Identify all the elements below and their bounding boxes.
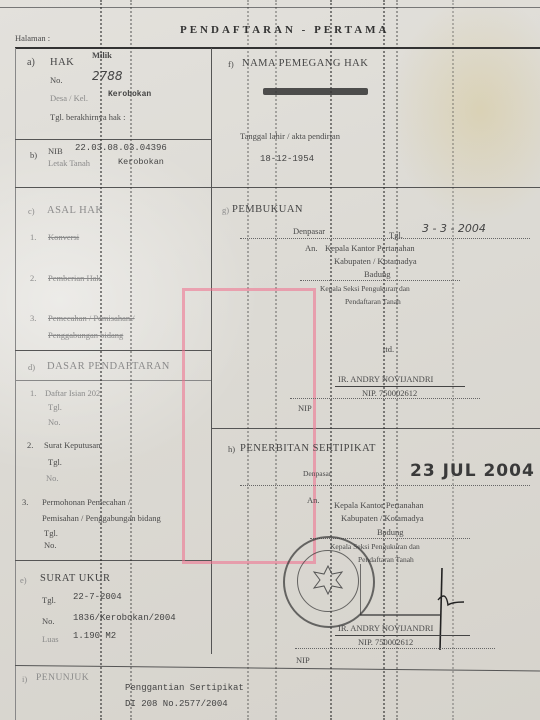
su-no-label: No. [42,616,55,626]
section-i-label: i) [22,674,27,684]
section-f-heading: NAMA PEMEGANG HAK [242,58,368,69]
penerbitan-office-line3: Badung [377,527,403,537]
section-h-heading: PENERBITAN SERTIPIKAT [240,443,376,454]
su-tgl-value: 22-7-2004 [73,592,122,602]
pembukuan-date-line [240,238,530,239]
section-g-heading: PEMBUKUAN [232,204,303,215]
dasar-item-2-no: No. [46,473,59,483]
table-left-border [15,48,16,720]
pembukuan-office-line [300,280,460,281]
dasar-item-3-num: 3. [22,497,28,507]
penerbitan-office-line1: Kepala Kantor Pertanahan [334,500,424,510]
dasar-item-1-text: Daftar Isian 202 [45,388,100,398]
desa-value: Kerobokan [108,90,151,99]
dasar-item-3-text2: Pemisahan / Penggabungan bidang [42,513,161,523]
nib-value: 22.03.08.03.04396 [75,143,167,153]
tgl-lahir-label: Tanggal lahir / akta pendirian [240,131,340,141]
dasar-item-3-no: No. [44,540,57,550]
asal-item-1-num: 1. [30,232,36,242]
no-label: No. [50,75,63,85]
penerbitan-office-line2: Kabupaten / Kotamadya [341,513,424,523]
divider-a-b [15,139,211,140]
dasar-item-1-no: No. [48,417,61,427]
pembukuan-official-name: IR. ANDRY NOVIJANDRI [338,374,433,384]
document-title: PENDAFTARAN - PERTAMA [180,24,389,36]
dasar-item-2-num: 2. [27,440,33,450]
letak-value: Kerobokan [118,157,164,167]
dasar-item-3-tgl: Tgl. [44,528,58,538]
section-d-heading: DASAR PENDAFTARAN [47,361,170,372]
top-rule [0,7,540,8]
no-value: 2788 [92,69,123,83]
section-a-heading: HAK [50,57,74,68]
section-b-label: b) [30,150,37,160]
desa-label: Desa / Kel. [50,93,88,103]
section-d-label: d) [28,362,35,372]
copy-streak [100,0,104,720]
section-c-heading: ASAL HAK [47,205,103,216]
su-luas-label: Luas [42,634,59,644]
dasar-item-3-text: Permohonan Pemecahan / [42,497,130,507]
page-label: Halaman : [15,33,50,43]
penunjuk-line2: DI 208 No.2577/2004 [125,699,228,709]
penerbitan-date-line [240,485,530,486]
dasar-item-1-tgl: Tgl. [48,402,62,412]
asal-item-2-text: Pemberian Hak [48,273,101,283]
pembukuan-office-line1: Kepala Kantor Pertanahan [325,243,415,253]
pembukuan-place: Denpasar [293,226,325,236]
dasar-item-1-num: 1. [30,388,36,398]
pembukuan-tgl-value: 3 - 3 - 2004 [422,222,486,235]
penerbitan-official-nip: NIP. 750002612 [358,637,413,647]
penunjuk-line1: Penggantian Sertipikat [125,683,244,693]
section-c-label: c) [28,206,35,216]
tgl-lahir-value: 18-12-1954 [260,154,314,164]
pembukuan-nip-line [290,398,480,399]
su-no-value: 1836/Kerobokan/2004 [73,613,176,623]
section-a-label: a) [27,57,35,68]
su-tgl-label: Tgl. [42,595,56,605]
pembukuan-nip-label: NIP [298,403,312,413]
dasar-item-2-tgl: Tgl. [48,457,62,467]
penerbitan-nip-label: NIP [296,655,310,665]
garuda-emblem-icon [308,560,348,600]
letak-label: Letak Tanah [48,158,90,168]
pembukuan-office-line2: Kabupaten / Kotamadya [334,256,417,266]
section-e-heading: SURAT UKUR [40,573,110,584]
pembukuan-ttd: ttd. [383,344,394,354]
pembukuan-office-line3: Badung [364,269,390,279]
asal-item-3-text: Pemecahan / Pemisahan / [48,313,135,323]
document-page: Halaman : PENDAFTARAN - PERTAMA a) HAK M… [0,0,540,720]
section-g-label: g) [222,205,229,215]
penerbitan-date-stamp: 23 JUL 2004 [410,461,535,481]
pembukuan-section-line1: Kepala Seksi Pengukuran dan [320,284,410,293]
penerbitan-an-prefix: An. [307,495,320,505]
holder-name-redacted [263,88,368,95]
nib-label: NIB [48,146,63,156]
penerbitan-place: Denpasar [303,469,331,478]
asal-item-1-text: Konversi [48,232,79,242]
section-f-label: f) [228,59,234,69]
asal-item-3-num: 3. [30,313,36,323]
pembukuan-section-line2: Pendaftaran Tanah [345,297,401,306]
dasar-item-2-text: Surat Keputusan [44,440,100,450]
pink-highlight-mark [182,288,316,564]
tgl-berakhir-label: Tgl. berakhirnya hak : [50,112,126,122]
penerbitan-nip-line [295,648,495,649]
section-e-label: e) [20,575,27,585]
asal-item-2-num: 2. [30,273,36,283]
penerbitan-official-name: IR. ANDRY NOVIJANDRI [338,623,433,633]
pembukuan-an-prefix: An. [305,243,318,253]
asal-item-3-text2: Penggabungan bidang [48,330,123,340]
hak-value: Milik [92,50,112,60]
section-h-label: h) [228,444,235,454]
pembukuan-official-nip: NIP. 750002612 [362,388,417,398]
su-luas-value: 1.190 M2 [73,631,116,641]
pembukuan-name-underline [335,386,465,387]
copy-streak [130,0,134,720]
penerbitan-name-underline [335,635,470,636]
section-i-heading: PENUNJUK [36,673,89,683]
